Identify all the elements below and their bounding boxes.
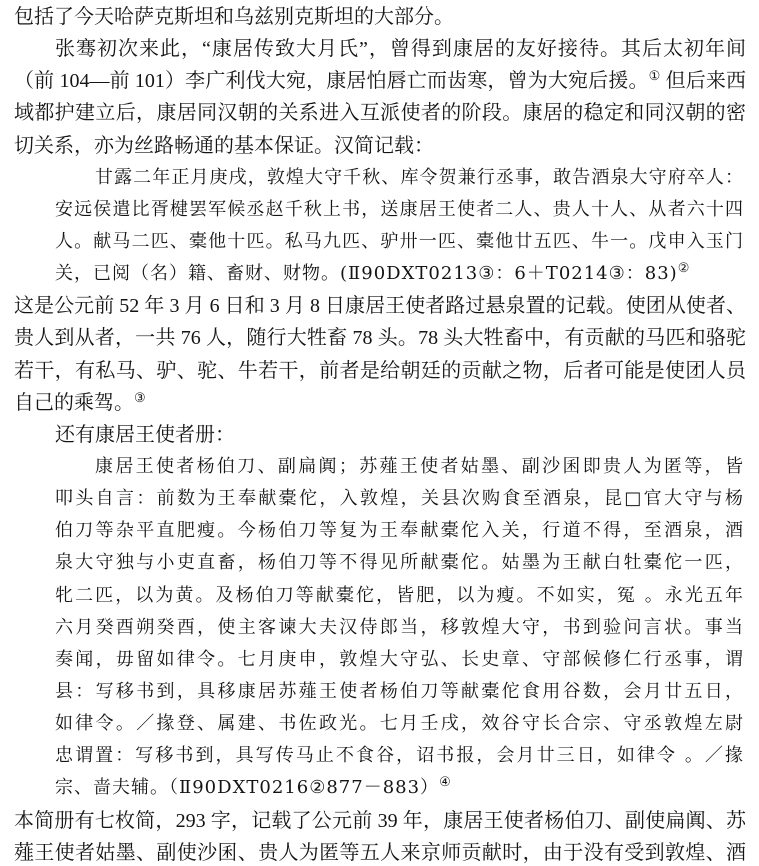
paragraph-interpretation: 这是公元前 52 年 3 月 6 日和 3 月 8 日康居王使者路过悬泉置的记载… xyxy=(0,290,759,419)
line-text: 薤王使者姑墨、副使沙囷、贵人为匿等五人来京师贡献时，由于没有受到敦煌、酒 xyxy=(14,842,746,864)
quote-line: 县：写移书到，具移康居苏薤王使者杨伯刀等献橐佗食用谷数，会月廿五日， xyxy=(55,676,744,708)
paragraph-analysis: 本简册有七枚简，293 字，记载了公元前 39 年，康居王使者杨伯刀、副使扁阗、… xyxy=(0,805,759,866)
text-line: 张骞初次来此，“康居传致大月氏”，曾得到康居的友好接待。其后太初年间 xyxy=(14,33,746,65)
line-text: 安远侯遣比胥楗罢军候丞赵千秋上书，送康居王使者二人、贵人十人、从者六十四 xyxy=(55,199,744,220)
quote-line: 甘露二年正月庚戌，敦煌大守千秋、库令贺兼行丞事，敢告酒泉大守府卒人： xyxy=(55,162,744,194)
quote-line: 六月癸酉朔癸酉，使主客谏大夫汉侍郎当，移敦煌大守，书到验问言状。事当 xyxy=(55,612,744,644)
line-text: 包括了今天哈萨克斯坦和乌兹别克斯坦的大部分。 xyxy=(14,6,454,28)
paragraph-zhang-qian: 张骞初次来此，“康居传致大月氏”，曾得到康居的友好接待。其后太初年间 （前 10… xyxy=(0,33,759,162)
quoted-slip-text-1: 甘露二年正月庚戌，敦煌大守千秋、库令贺兼行丞事，敢告酒泉大守府卒人： 安远侯遣比… xyxy=(0,162,759,291)
line-text: 宗、啬夫辅。（Ⅱ90DXT0216②877－883） xyxy=(55,777,439,798)
text-line: 包括了今天哈萨克斯坦和乌兹别克斯坦的大部分。 xyxy=(14,1,746,33)
line-text: 县：写移书到，具移康居苏薤王使者杨伯刀等献橐佗食用谷数，会月廿五日， xyxy=(55,681,744,702)
text-line: 本简册有七枚简，293 字，记载了公元前 39 年，康居王使者杨伯刀、副使扁阗、… xyxy=(14,805,746,837)
line-text: 切关系，亦为丝路畅通的基本保证。汉简记载： xyxy=(14,135,434,157)
line-text: 忠谓置：写移书到，具写传马止不食谷，诏书报，会月廿三日，如律令 。／掾 xyxy=(55,745,744,766)
footnote-ref-3: ③ xyxy=(134,390,146,405)
quote-line: 奏闻，毋留如律令。七月庚申，敦煌大守弘、长史章、守部候修仁行丞事，谓 xyxy=(55,644,744,676)
line-text: 康居王使者杨伯刀、副扁阗；苏薤王使者姑墨、副沙囷即贵人为匿等，皆 xyxy=(95,456,744,477)
line-text: 关，已阅（名）籍、畜财、财物。(Ⅱ90DXT0213③：6＋T0214③：83) xyxy=(55,263,678,284)
quote-line: 叩头自言：前数为王奉献橐佗，入敦煌，关县次购食至酒泉，昆□官大守与杨 xyxy=(55,483,744,515)
line-text: 牝二匹，以为黄。及杨伯刀等献橐佗，皆肥，以为瘦。不如实，冤 。永光五年 xyxy=(55,585,744,606)
line-text: 奏闻，毋留如律令。七月庚申，敦煌大守弘、长史章、守部候修仁行丞事，谓 xyxy=(55,649,744,670)
line-text: 六月癸酉朔癸酉，使主客谏大夫汉侍郎当，移敦煌大守，书到验问言状。事当 xyxy=(55,617,744,638)
text-line: 切关系，亦为丝路畅通的基本保证。汉简记载： xyxy=(14,130,746,162)
text-line: 自己的乘驾。③ xyxy=(14,387,746,419)
footnote-ref-2: ② xyxy=(678,261,690,276)
footnote-ref-4: ④ xyxy=(439,775,451,790)
line-text: 叩头自言：前数为王奉献橐佗，入敦煌，关县次购食至酒泉，昆□官大守与杨 xyxy=(55,488,744,509)
line-text: 泉大守独与小吏直畜，杨伯刀等不得见所献橐佗。姑墨为王献白牡橐佗一匹， xyxy=(55,552,744,573)
line-text: 贵人到从者，一共 76 人，随行大牲畜 78 头。78 头大牲畜中，有贡献的马匹… xyxy=(14,327,746,349)
text-line: 域都护建立后，康居同汉朝的关系进入互派使者的阶段。康居的稳定和同汉朝的密 xyxy=(14,97,746,129)
quote-line: 伯刀等杂平直肥瘦。今杨伯刀等复为王奉献橐佗入关，行道不得，至酒泉，酒 xyxy=(55,515,744,547)
line-text-after: 但后来西 xyxy=(660,70,746,92)
quote-line: 宗、啬夫辅。（Ⅱ90DXT0216②877－883）④ xyxy=(55,772,744,804)
quote-line: 如律令。／掾登、属建、书佐政光。七月壬戌，效谷守长合宗、守丞敦煌左尉 xyxy=(55,708,744,740)
line-text: （前 104—前 101）李广利伐大宛，康居怕唇亡而齿寒，曾为大宛后援。 xyxy=(14,70,649,92)
line-text: 若干，有私马、驴、驼、牛若干，前者是给朝廷的贡献之物，后者可能是使团人员 xyxy=(14,360,746,382)
line-text: 还有康居王使者册： xyxy=(55,424,235,446)
paragraph-register-intro: 还有康居王使者册： xyxy=(0,419,759,451)
quoted-slip-text-2: 康居王使者杨伯刀、副扁阗；苏薤王使者姑墨、副沙囷即贵人为匿等，皆 叩头自言：前数… xyxy=(0,451,759,805)
text-line: 这是公元前 52 年 3 月 6 日和 3 月 8 日康居王使者路过悬泉置的记载… xyxy=(14,290,746,322)
text-line: 若干，有私马、驴、驼、牛若干，前者是给朝廷的贡献之物，后者可能是使团人员 xyxy=(14,355,746,387)
line-text: 自己的乘驾。 xyxy=(14,392,134,414)
footnote-ref-1: ① xyxy=(649,68,661,83)
quote-line: 安远侯遣比胥楗罢军候丞赵千秋上书，送康居王使者二人、贵人十人、从者六十四 xyxy=(55,194,744,226)
document-page: 包括了今天哈萨克斯坦和乌兹别克斯坦的大部分。 张骞初次来此，“康居传致大月氏”，… xyxy=(0,0,759,866)
line-text: 人。献马二匹、橐他十匹。私马九匹、驴卅一匹、橐他廿五匹、牛一。戊申入玉门 xyxy=(55,231,744,252)
quote-line: 人。献马二匹、橐他十匹。私马九匹、驴卅一匹、橐他廿五匹、牛一。戊申入玉门 xyxy=(55,226,744,258)
text-line: 贵人到从者，一共 76 人，随行大牲畜 78 头。78 头大牲畜中，有贡献的马匹… xyxy=(14,322,746,354)
line-text: 如律令。／掾登、属建、书佐政光。七月壬戌，效谷守长合宗、守丞敦煌左尉 xyxy=(55,713,744,734)
quote-line: 牝二匹，以为黄。及杨伯刀等献橐佗，皆肥，以为瘦。不如实，冤 。永光五年 xyxy=(55,580,744,612)
paragraph-continuation: 包括了今天哈萨克斯坦和乌兹别克斯坦的大部分。 xyxy=(0,1,759,33)
text-line: 薤王使者姑墨、副使沙囷、贵人为匿等五人来京师贡献时，由于没有受到敦煌、酒 xyxy=(14,837,746,866)
line-text: 张骞初次来此，“康居传致大月氏”，曾得到康居的友好接待。其后太初年间 xyxy=(55,38,746,60)
line-text: 伯刀等杂平直肥瘦。今杨伯刀等复为王奉献橐佗入关，行道不得，至酒泉，酒 xyxy=(55,520,744,541)
line-text: 这是公元前 52 年 3 月 6 日和 3 月 8 日康居王使者路过悬泉置的记载… xyxy=(14,295,746,317)
line-text: 域都护建立后，康居同汉朝的关系进入互派使者的阶段。康居的稳定和同汉朝的密 xyxy=(14,102,746,124)
line-text: 甘露二年正月庚戌，敦煌大守千秋、库令贺兼行丞事，敢告酒泉大守府卒人： xyxy=(95,167,744,188)
line-text: 本简册有七枚简，293 字，记载了公元前 39 年，康居王使者杨伯刀、副使扁阗、… xyxy=(14,810,746,832)
quote-line: 康居王使者杨伯刀、副扁阗；苏薤王使者姑墨、副沙囷即贵人为匿等，皆 xyxy=(55,451,744,483)
quote-line: 关，已阅（名）籍、畜财、财物。(Ⅱ90DXT0213③：6＋T0214③：83)… xyxy=(55,258,744,290)
text-line: 还有康居王使者册： xyxy=(14,419,746,451)
quote-line: 忠谓置：写移书到，具写传马止不食谷，诏书报，会月廿三日，如律令 。／掾 xyxy=(55,740,744,772)
text-line: （前 104—前 101）李广利伐大宛，康居怕唇亡而齿寒，曾为大宛后援。① 但后… xyxy=(14,65,746,97)
quote-line: 泉大守独与小吏直畜，杨伯刀等不得见所献橐佗。姑墨为王献白牡橐佗一匹， xyxy=(55,547,744,579)
